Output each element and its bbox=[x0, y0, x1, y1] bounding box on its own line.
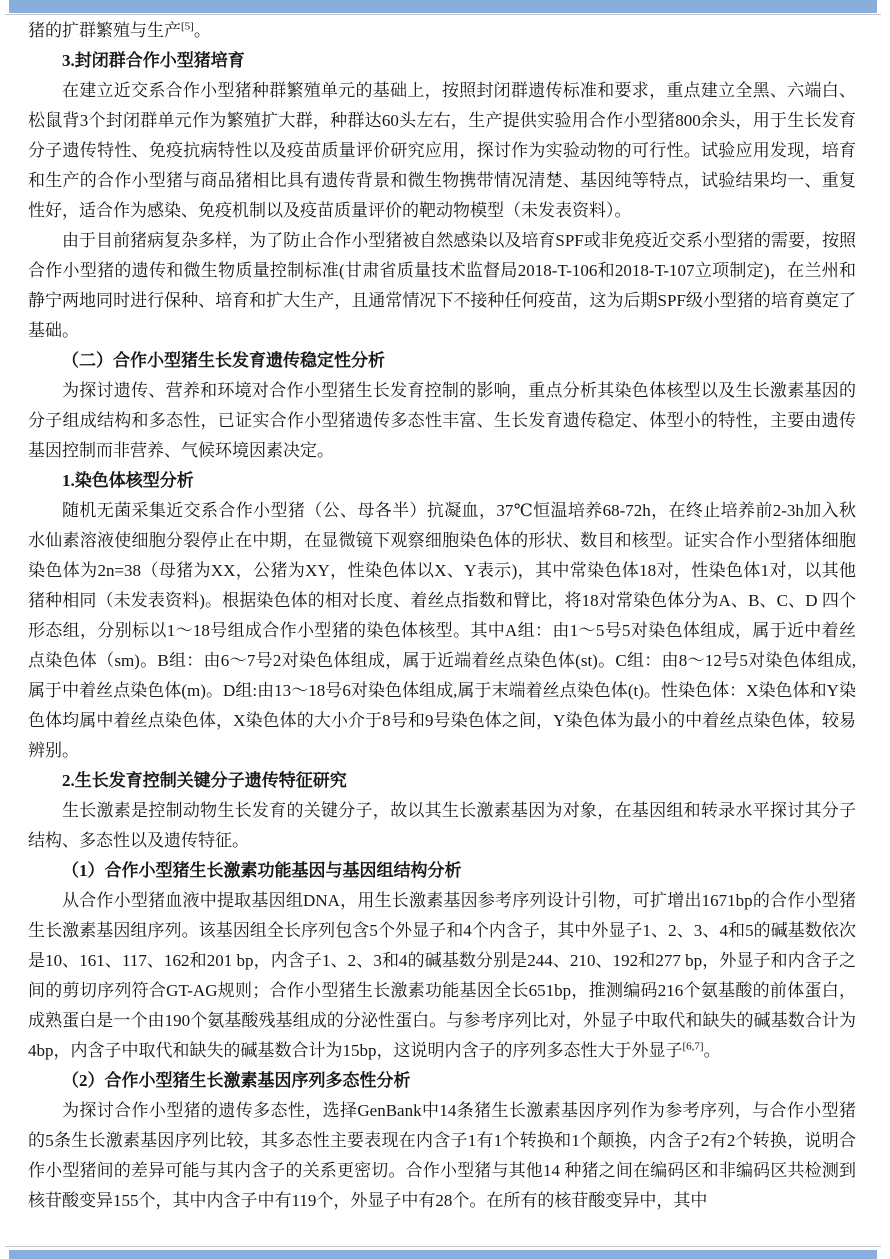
body-paragraph: 猪的扩群繁殖与生产[5]。 bbox=[28, 16, 856, 46]
section-heading: （1）合作小型猪生长激素功能基因与基因组结构分析 bbox=[28, 856, 856, 886]
body-paragraph: 从合作小型猪血液中提取基因组DNA，用生长激素基因参考序列设计引物，可扩增出16… bbox=[28, 886, 856, 1066]
reference-superscript: [6,7] bbox=[683, 1040, 704, 1052]
text-run: 1.染色体核型分析 bbox=[62, 471, 194, 490]
reference-superscript: [5] bbox=[181, 20, 194, 32]
body-paragraph: 在建立近交系合作小型猪种群繁殖单元的基础上，按照封闭群遗传标准和要求，重点建立全… bbox=[28, 76, 856, 226]
bottom-rule bbox=[5, 1246, 881, 1247]
body-paragraph: 为探讨合作小型猪的遗传多态性，选择GenBank中14条猪生长激素基因序列作为参… bbox=[28, 1096, 856, 1216]
text-run: 为探讨遗传、营养和环境对合作小型猪生长发育控制的影响，重点分析其染色体核型以及生… bbox=[28, 381, 856, 460]
section-heading: 2.生长发育控制关键分子遗传特征研究 bbox=[28, 766, 856, 796]
text-run: 从合作小型猪血液中提取基因组DNA，用生长激素基因参考序列设计引物，可扩增出16… bbox=[28, 891, 856, 1060]
body-paragraph: 随机无菌采集近交系合作小型猪（公、母各半）抗凝血，37℃恒温培养68-72h，在… bbox=[28, 496, 856, 766]
text-run: 猪的扩群繁殖与生产 bbox=[28, 21, 181, 40]
section-heading: 3.封闭群合作小型猪培育 bbox=[28, 46, 856, 76]
text-run: 随机无菌采集近交系合作小型猪（公、母各半）抗凝血，37℃恒温培养68-72h，在… bbox=[28, 501, 856, 760]
text-run: （2）合作小型猪生长激素基因序列多态性分析 bbox=[62, 1071, 411, 1090]
text-run: 。 bbox=[194, 21, 211, 40]
body-paragraph: 由于目前猪病复杂多样，为了防止合作小型猪被自然感染以及培育SPF或非免疫近交系小… bbox=[28, 226, 856, 346]
body-paragraph: 生长激素是控制动物生长发育的关键分子，故以其生长激素基因为对象，在基因组和转录水… bbox=[28, 796, 856, 856]
document-body: 猪的扩群繁殖与生产[5]。3.封闭群合作小型猪培育在建立近交系合作小型猪种群繁殖… bbox=[28, 16, 856, 1216]
body-paragraph: 为探讨遗传、营养和环境对合作小型猪生长发育控制的影响，重点分析其染色体核型以及生… bbox=[28, 376, 856, 466]
text-run: 由于目前猪病复杂多样，为了防止合作小型猪被自然感染以及培育SPF或非免疫近交系小… bbox=[28, 231, 856, 340]
section-heading: （2）合作小型猪生长激素基因序列多态性分析 bbox=[28, 1066, 856, 1096]
text-run: 在建立近交系合作小型猪种群繁殖单元的基础上，按照封闭群遗传标准和要求，重点建立全… bbox=[28, 81, 856, 220]
text-run: 生长激素是控制动物生长发育的关键分子，故以其生长激素基因为对象，在基因组和转录水… bbox=[28, 801, 856, 850]
top-accent-bar bbox=[9, 0, 877, 13]
text-run: （二）合作小型猪生长发育遗传稳定性分析 bbox=[62, 351, 385, 370]
text-run: 为探讨合作小型猪的遗传多态性，选择GenBank中14条猪生长激素基因序列作为参… bbox=[28, 1101, 856, 1210]
section-heading: （二）合作小型猪生长发育遗传稳定性分析 bbox=[28, 346, 856, 376]
text-run: （1）合作小型猪生长激素功能基因与基因组结构分析 bbox=[62, 861, 462, 880]
text-run: 。 bbox=[704, 1041, 721, 1060]
section-heading: 1.染色体核型分析 bbox=[28, 466, 856, 496]
text-run: 3.封闭群合作小型猪培育 bbox=[62, 51, 245, 70]
text-run: 2.生长发育控制关键分子遗传特征研究 bbox=[62, 771, 347, 790]
bottom-accent-bar bbox=[9, 1250, 877, 1259]
top-rule bbox=[5, 14, 881, 15]
